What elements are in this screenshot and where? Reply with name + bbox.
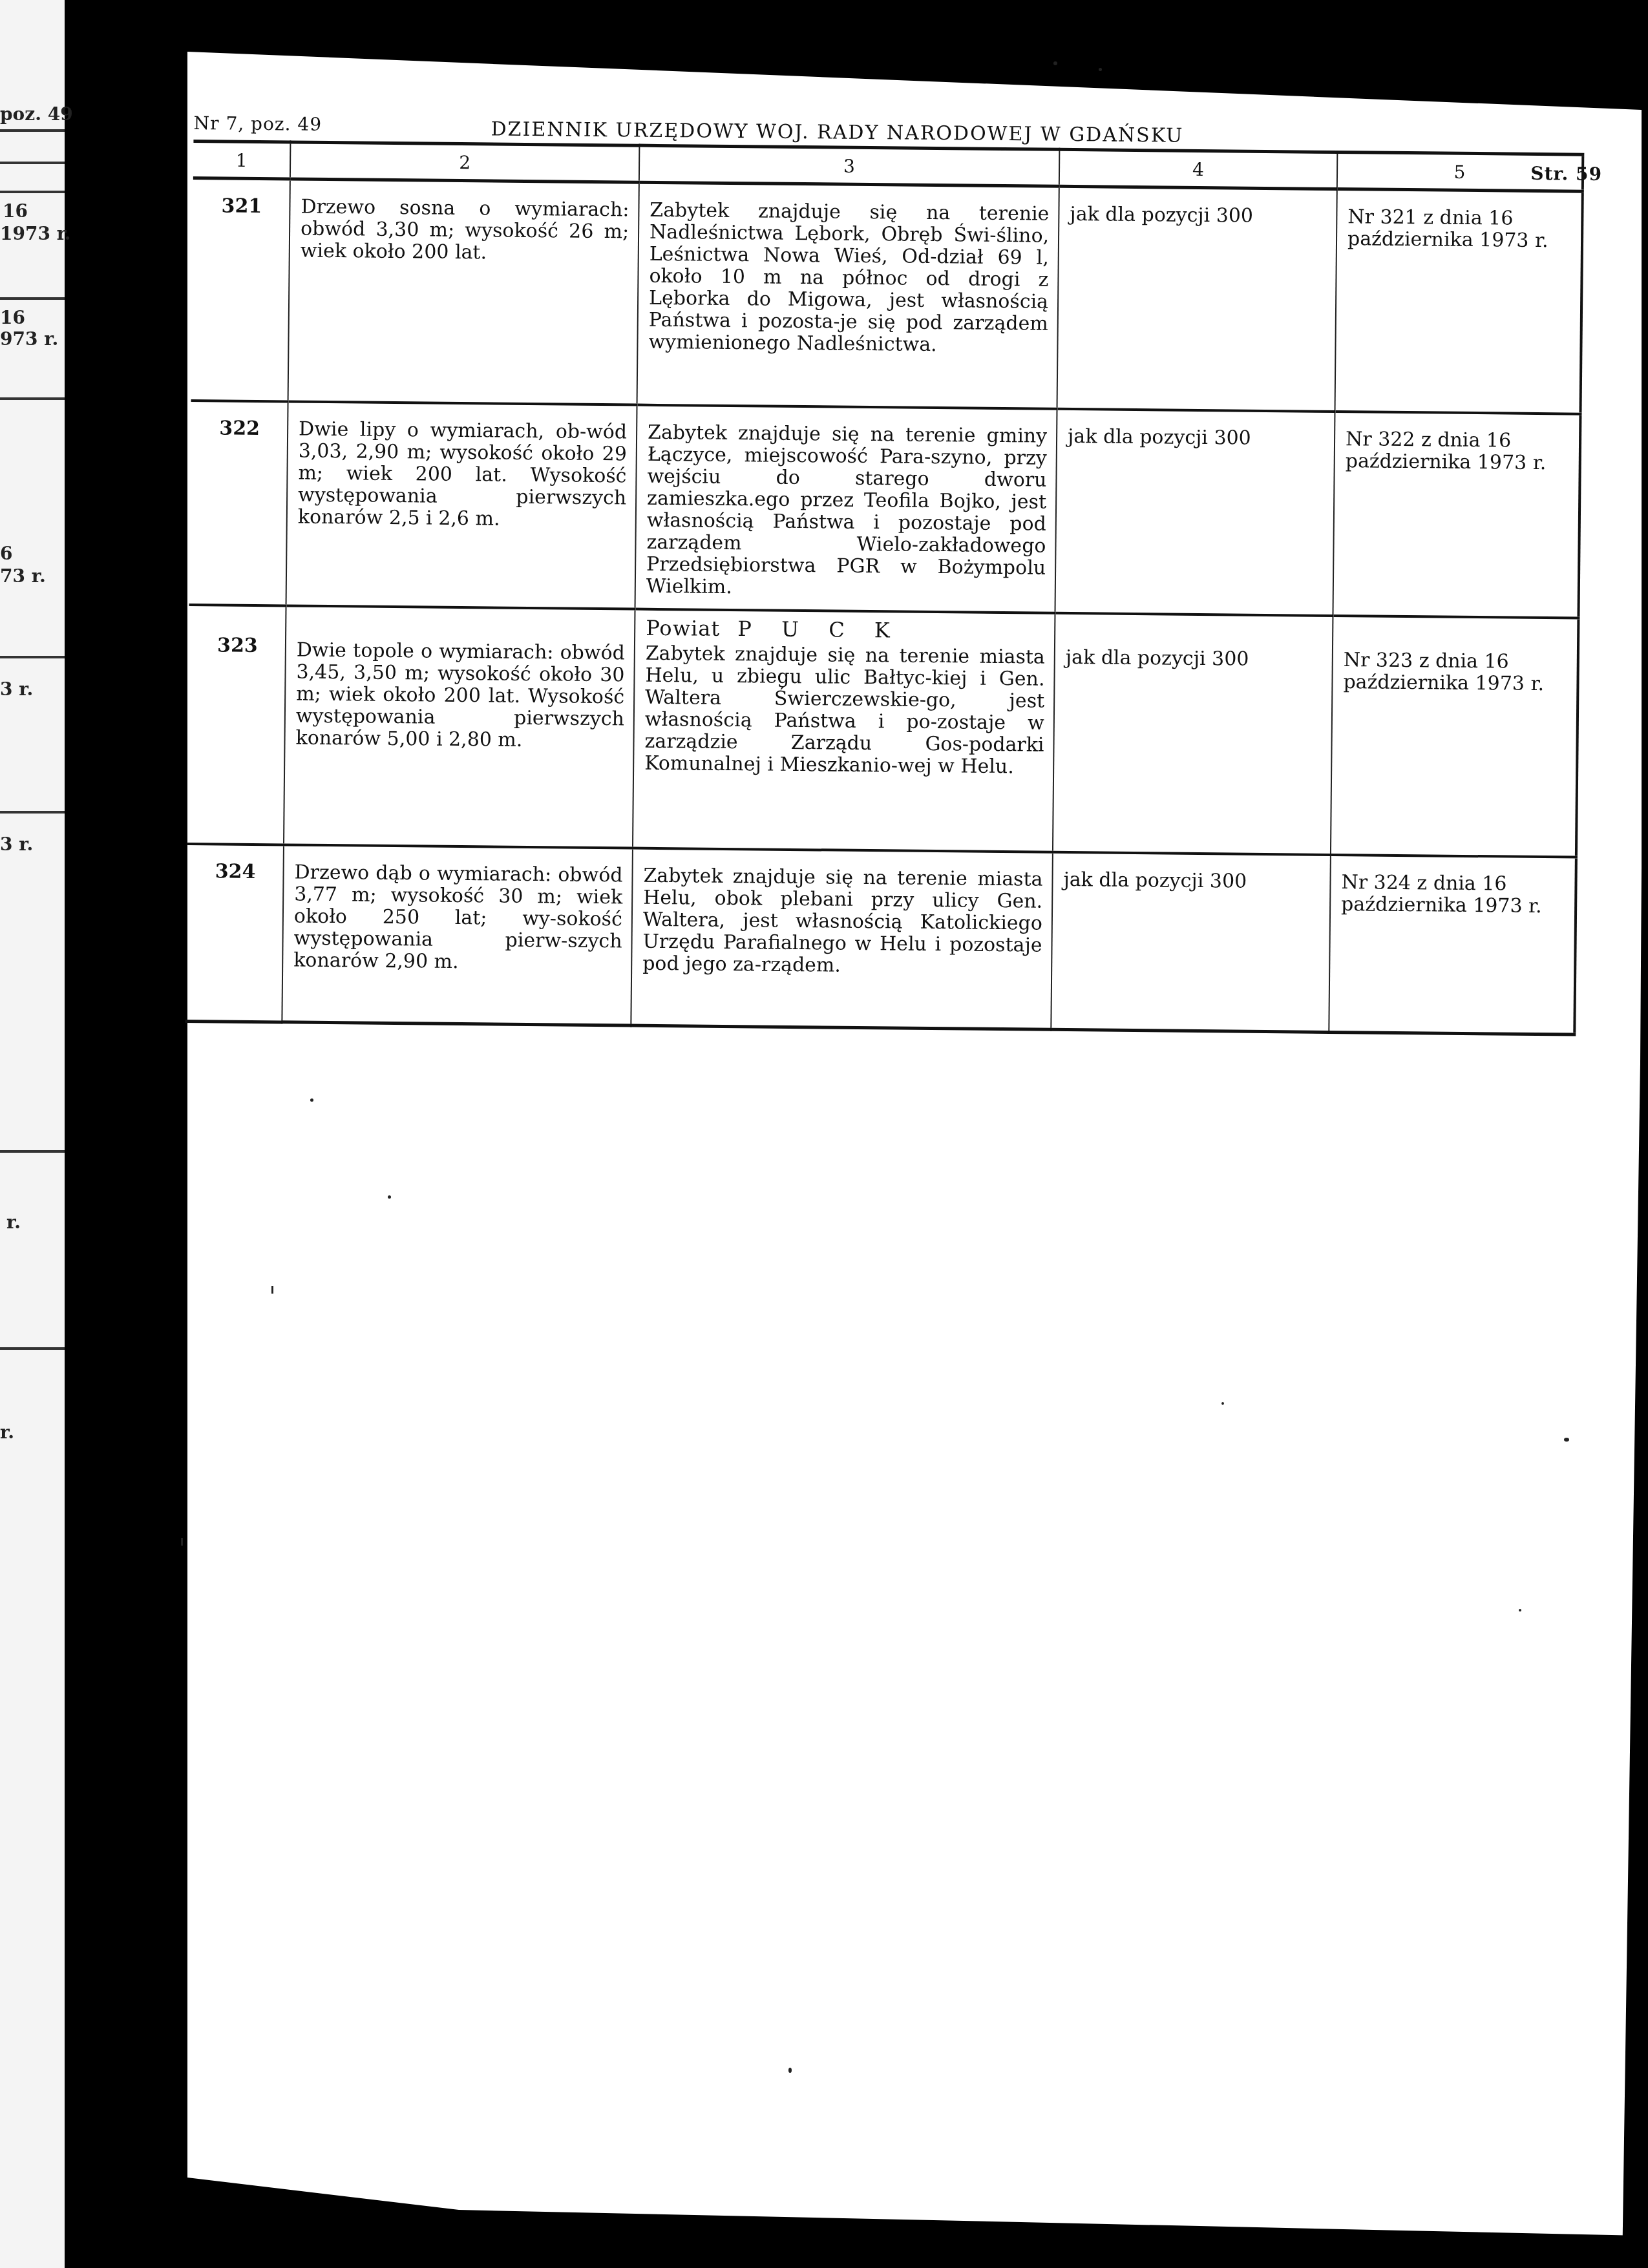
page-content: Nr 7, poz. 49 DZIENNIK URZĘDOWY WOJ. RAD… xyxy=(185,103,1603,1036)
location-ownership: Zabytek znajduje się na terenie miasta H… xyxy=(631,848,1053,1030)
decision-reference: Nr 322 z dnia 16 października 1973 r. xyxy=(1333,412,1580,618)
tree-description: Dwie topole o wymiarach: obwód 3,45, 3,5… xyxy=(284,605,635,848)
location-cell: Powiat P U C K Zabytek znajduje się na t… xyxy=(633,609,1055,852)
table-row: 322 Dwie lipy o wymiarach, ob-wód 3,03, … xyxy=(189,401,1581,618)
table-row: 323 Dwie topole o wymiarach: obwód 3,45,… xyxy=(187,605,1578,857)
column-header: 2 xyxy=(290,142,640,182)
district-heading: Powiat P U C K xyxy=(646,617,1045,643)
entry-number: 323 xyxy=(187,605,286,845)
fragment-rule xyxy=(0,1347,65,1350)
fragment-text: 16 xyxy=(3,200,28,222)
column-header: 4 xyxy=(1059,149,1338,189)
district-label: Powiat xyxy=(646,616,720,641)
protection-terms: jak dla pozycji 300 xyxy=(1055,409,1335,616)
decision-reference: Nr 321 z dnia 16 października 1973 r. xyxy=(1335,189,1583,414)
table-row: 321 Drzewo sosna o wymiarach: obwód 3,30… xyxy=(191,178,1583,414)
fragment-rule xyxy=(0,1150,65,1153)
fragment-rule xyxy=(0,397,65,400)
fragment-rule xyxy=(0,811,65,814)
scan-binding-shadow xyxy=(65,0,194,2268)
journal-title: DZIENNIK URZĘDOWY WOJ. RADY NARODOWEJ W … xyxy=(491,118,1183,147)
decision-reference: Nr 323 z dnia 16 października 1973 r. xyxy=(1331,616,1579,857)
page-number: Str. 59 xyxy=(1530,163,1602,185)
monument-register-table: 1 2 3 4 5 321 Drzewo sosna o wymiarach: … xyxy=(185,140,1584,1036)
fragment-text: 1973 r. xyxy=(0,223,71,244)
district-name: P U C K xyxy=(737,616,902,642)
entry-number: 322 xyxy=(189,401,288,605)
protection-terms: jak dla pozycji 300 xyxy=(1057,186,1337,412)
entry-number: 324 xyxy=(185,844,284,1022)
previous-page-fragments: poz. 49 16 1973 r. 16 973 r. 6 73 r. 3 r… xyxy=(0,0,71,2268)
tree-description: Dwie lipy o wymiarach, ob-wód 3,03, 2,90… xyxy=(286,401,637,609)
tree-description: Drzewo sosna o wymiarach: obwód 3,30 m; … xyxy=(288,179,639,405)
location-ownership: Zabytek znajduje się na terenie miasta H… xyxy=(644,643,1045,779)
fragment-text: 73 r. xyxy=(0,565,46,587)
fragment-rule xyxy=(0,656,65,658)
column-header: 3 xyxy=(639,145,1060,186)
fragment-text: 3 r. xyxy=(0,834,33,855)
fragment-text: 16 xyxy=(0,307,25,328)
protection-terms: jak dla pozycji 300 xyxy=(1051,852,1331,1033)
protection-terms: jak dla pozycji 300 xyxy=(1053,613,1333,855)
fragment-text: r. xyxy=(6,1212,21,1233)
fragment-rule xyxy=(0,162,65,164)
fragment-text: 6 xyxy=(0,543,12,564)
location-ownership: Zabytek znajduje się na terenie gminy Łą… xyxy=(635,405,1057,613)
fragment-text: r. xyxy=(0,1422,14,1443)
fragment-rule xyxy=(0,129,65,132)
location-ownership: Zabytek znajduje się na terenie Nadleśni… xyxy=(637,182,1059,409)
table-row: 324 Drzewo dąb o wymiarach: obwód 3,77 m… xyxy=(185,844,1576,1034)
tree-description: Drzewo dąb o wymiarach: obwód 3,77 m; wy… xyxy=(282,845,633,1025)
fragment-rule xyxy=(0,191,65,193)
fragment-text: 973 r. xyxy=(0,328,58,350)
column-header: 1 xyxy=(193,141,291,178)
fragment-text: 3 r. xyxy=(0,678,33,700)
decision-reference: Nr 324 z dnia 16 października 1973 r. xyxy=(1329,855,1576,1034)
entry-number: 321 xyxy=(191,178,290,401)
fragment-text: poz. 49 xyxy=(0,103,73,125)
issue-reference: Nr 7, poz. 49 xyxy=(194,112,322,135)
fragment-rule xyxy=(0,297,65,300)
